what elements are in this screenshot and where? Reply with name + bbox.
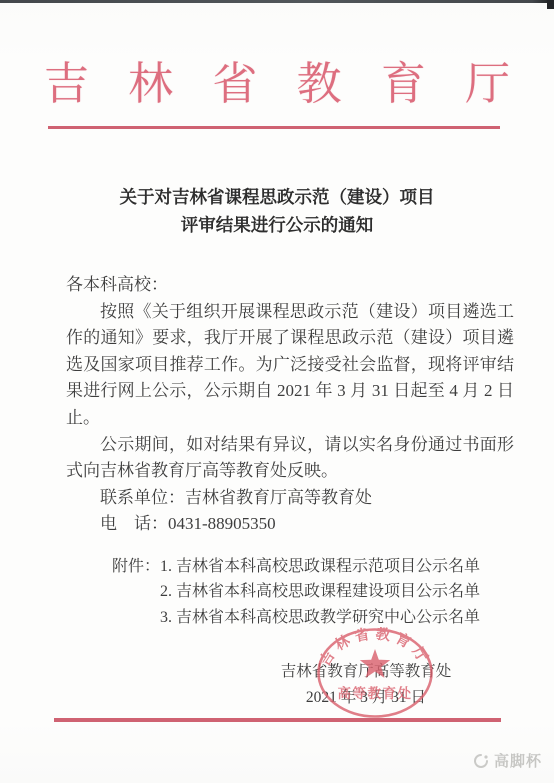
footer-double-rule: [54, 718, 501, 722]
attachment-item: 2. 吉林省本科高校思政课程建设项目公示名单: [160, 579, 480, 604]
watermark: 高脚杯: [473, 750, 542, 771]
signature-date: 2021 年 3 月 31 日: [280, 685, 452, 711]
scanned-official-notice: 吉 林 省 教 育 厅 关于对吉林省课程思政示范（建设）项目 评审结果进行公示的…: [0, 0, 554, 783]
signature-block: 吉林省教育厅高等教育处 2021 年 3 月 31 日: [280, 659, 452, 711]
signature-department: 吉林省教育厅高等教育处: [280, 659, 452, 685]
attachment-item: 1. 吉林省本科高校思政课程示范项目公示名单: [160, 554, 480, 579]
document-title: 关于对吉林省课程思政示范（建设）项目 评审结果进行公示的通知: [40, 183, 514, 239]
attachment-item: 3. 吉林省本科高校思政教学研究中心公示名单: [160, 605, 480, 630]
contact-unit-line: 联系单位：吉林省教育厅高等教育处: [66, 485, 514, 512]
salutation: 各本科高校：: [66, 272, 514, 299]
body-paragraph-2: 公示期间，如对结果有异议，请以实名身份通过书面形式向吉林省教育厅高等教育处反映。: [66, 432, 514, 485]
letterhead-agency-name: 吉 林 省 教 育 厅: [0, 58, 554, 110]
goblet-logo-icon: [473, 753, 489, 769]
attachments-label: 附件：: [112, 554, 160, 579]
contact-phone-line: 电 话：0431-88905350: [66, 511, 514, 538]
body-paragraph-1: 按照《关于组织开展课程思政示范（建设）项目遴选工作的通知》要求，我厅开展了课程思…: [66, 299, 514, 432]
scan-corner-mark: [547, 0, 554, 9]
scan-top-edge: [0, 0, 554, 3]
watermark-label: 高脚杯: [494, 750, 542, 771]
attachments-block: 附件： 1. 吉林省本科高校思政课程示范项目公示名单 2. 吉林省本科高校思政课…: [112, 554, 480, 630]
document-title-line1: 关于对吉林省课程思政示范（建设）项目: [40, 183, 514, 211]
attachments-list: 1. 吉林省本科高校思政课程示范项目公示名单 2. 吉林省本科高校思政课程建设项…: [160, 554, 480, 630]
document-body: 各本科高校： 按照《关于组织开展课程思政示范（建设）项目遴选工作的通知》要求，我…: [66, 272, 514, 538]
document-title-line2: 评审结果进行公示的通知: [40, 211, 514, 239]
letterhead-double-rule: [48, 126, 500, 129]
